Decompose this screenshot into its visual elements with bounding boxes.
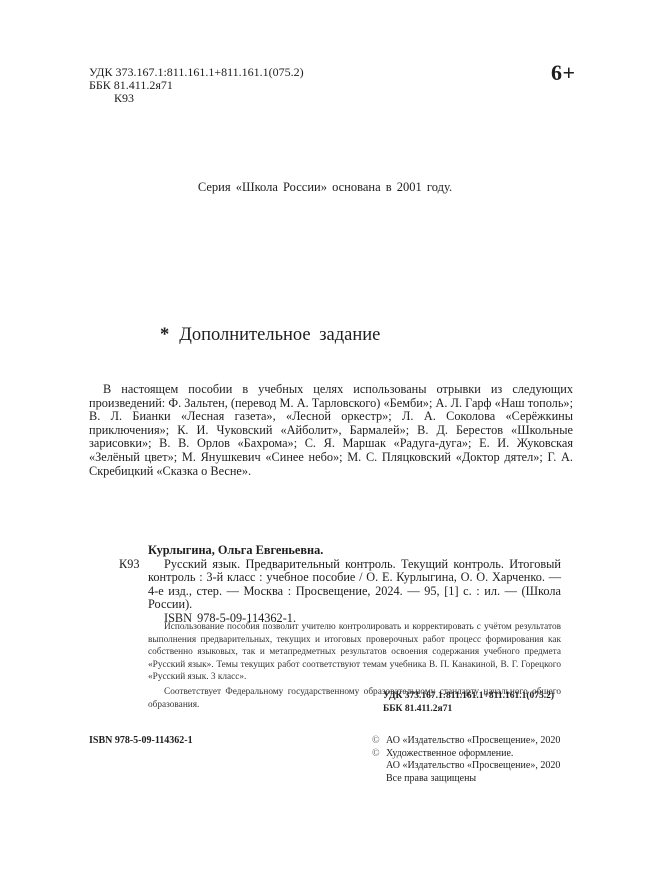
classification-bottom: УДК 373.167.1:811.161.1+811.161.1(075.2)… [383,690,554,715]
asterisk-icon: * [160,325,169,345]
catalog-card: Курлыгина, Ольга Евгеньевна. К93 Русский… [119,544,561,625]
catalog-description: Русский язык. Предварительный контроль. … [119,558,561,612]
catalog-mark: К93 [119,558,140,572]
copyright-icon: © [372,748,386,761]
copyright-icon: © [372,735,386,748]
copyright-line: АО «Издательство «Просвещение», 2020 [386,735,560,748]
legend-extra-task: *Дополнительное задание [160,325,380,346]
annotation-paragraph: Использование пособия позволит учителю к… [148,621,561,684]
classification-top: УДК 373.167.1:811.161.1+811.161.1(075.2)… [89,66,304,105]
copyright-line: Художественное оформление. [386,748,513,761]
series-note: Серия «Школа России» основана в 2001 год… [0,180,650,195]
legend-label: Дополнительное задание [179,325,380,345]
sources-paragraph: В настоящем пособии в учебных целях испо… [89,383,573,478]
udk-code: УДК 373.167.1:811.161.1+811.161.1(075.2) [383,690,554,703]
catalog-author: Курлыгина, Ольга Евгеньевна. [119,544,561,558]
bbk-code: ББК 81.411.2я71 [383,703,554,716]
copyright-line: АО «Издательство «Просвещение», 2020 [386,760,560,773]
age-rating: 6+ [551,60,576,86]
copyright-block: © АО «Издательство «Просвещение», 2020 ©… [372,735,560,785]
author-mark: К93 [89,92,304,105]
rights-reserved: Все права защищены [386,773,476,786]
isbn: ISBN 978-5-09-114362-1 [89,735,193,746]
